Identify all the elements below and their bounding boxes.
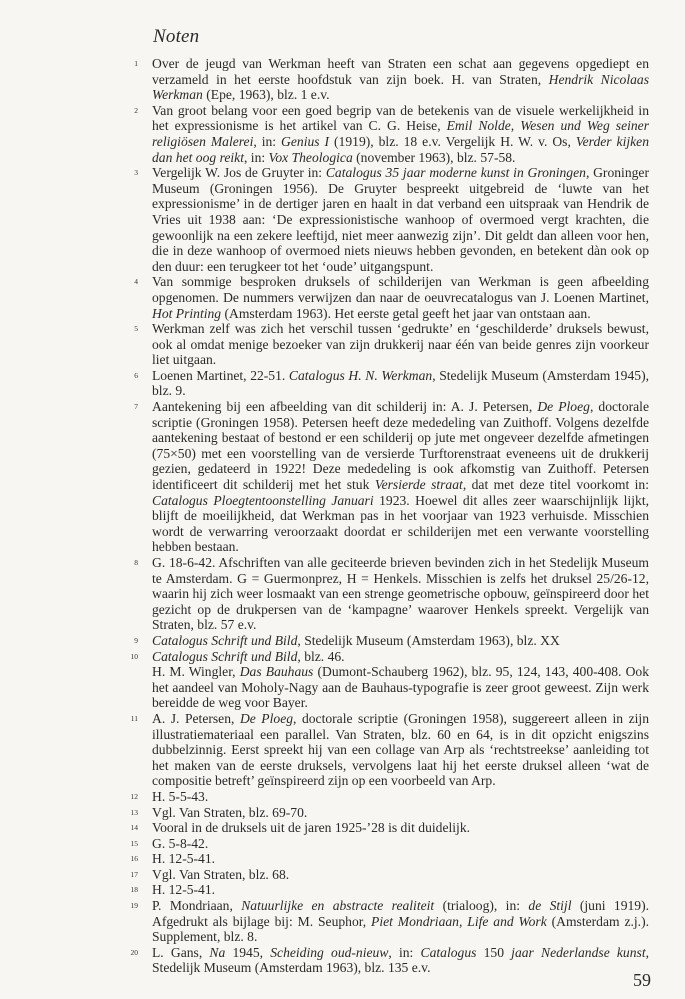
note-paragraph: Vooral in de druksels uit de jaren 1925-… [152, 820, 649, 836]
note-item: 19P. Mondriaan, Natuurlijke en abstracte… [116, 898, 649, 945]
note-paragraph: H. M. Wingler, Das Bauhaus (Dumont-Schau… [152, 664, 649, 711]
note-number: 15 [116, 836, 152, 852]
text-run: Aantekening bij een afbeelding van dit s… [152, 399, 537, 414]
note-item: 15G. 5-8-42. [116, 836, 649, 852]
italic-title: De Ploeg [240, 711, 293, 726]
note-text: H. 12-5-41. [152, 851, 649, 867]
note-item: 4Van sommige besproken druksels of schil… [116, 274, 649, 321]
text-run: Van sommige besproken druksels of schild… [152, 274, 649, 305]
note-number: 11 [116, 711, 152, 727]
note-text: Aantekening bij een afbeelding van dit s… [152, 399, 649, 555]
note-text: A. J. Petersen, De Ploeg, doctorale scri… [152, 711, 649, 789]
note-number: 14 [116, 820, 152, 836]
note-paragraph: A. J. Petersen, De Ploeg, doctorale scri… [152, 711, 649, 789]
italic-title: De Ploeg [537, 399, 590, 414]
text-run: 150 [476, 945, 511, 960]
text-run: , in: [253, 134, 281, 149]
note-paragraph: Van sommige besproken druksels of schild… [152, 274, 649, 321]
italic-title: Hot Printing [152, 306, 221, 321]
text-run: (Epe, 1963), blz. 1 e.v. [203, 87, 330, 102]
note-paragraph: Catalogus Schrift und Bild, blz. 46. [152, 649, 649, 665]
note-item: 6Loenen Martinet, 22-51. Catalogus H. N.… [116, 368, 649, 399]
italic-title: Na [209, 945, 225, 960]
italic-title: Scheiding oud-nieuw [270, 945, 388, 960]
text-run: H. 5-5-43. [152, 789, 208, 804]
note-item: 3Vergelijk W. Jos de Gruyter in: Catalog… [116, 165, 649, 274]
note-paragraph: Over de jeugd van Werkman heeft van Stra… [152, 56, 649, 103]
text-run: , in: [388, 945, 420, 960]
italic-title: Catalogus [421, 945, 477, 960]
text-run: Vgl. Van Straten, blz. 69-70. [152, 805, 307, 820]
note-text: Vgl. Van Straten, blz. 69-70. [152, 805, 649, 821]
note-number: 5 [116, 321, 152, 337]
note-number: 20 [116, 945, 152, 961]
note-text: Vergelijk W. Jos de Gruyter in: Catalogu… [152, 165, 649, 274]
note-paragraph: L. Gans, Na 1945, Scheiding oud-nieuw, i… [152, 945, 649, 976]
note-number: 2 [116, 103, 152, 119]
note-item: 20L. Gans, Na 1945, Scheiding oud-nieuw,… [116, 945, 649, 976]
note-paragraph: Catalogus Schrift und Bild, Stedelijk Mu… [152, 633, 649, 649]
text-run: Werkman zelf was zich het verschil tusse… [152, 321, 649, 367]
note-paragraph: Vgl. Van Straten, blz. 68. [152, 867, 649, 883]
text-run: H. 12-5-41. [152, 851, 215, 866]
note-number: 6 [116, 368, 152, 384]
note-item: 13Vgl. Van Straten, blz. 69-70. [116, 805, 649, 821]
text-run: A. J. Petersen, [152, 711, 240, 726]
note-text: Werkman zelf was zich het verschil tusse… [152, 321, 649, 368]
note-number: 8 [116, 555, 152, 571]
text-run: , blz. 46. [297, 649, 344, 664]
text-run: G. 5-8-42. [152, 836, 208, 851]
text-run: (1919), blz. 18 e.v. Vergelijk H. W. v. … [329, 134, 576, 149]
note-number: 18 [116, 882, 152, 898]
note-item: 16H. 12-5-41. [116, 851, 649, 867]
note-number: 17 [116, 867, 152, 883]
note-paragraph: H. 12-5-41. [152, 851, 649, 867]
note-number: 10 [116, 649, 152, 665]
italic-title: Catalogus H. N. Werkman [289, 368, 432, 383]
note-text: Catalogus Schrift und Bild, Stedelijk Mu… [152, 633, 649, 649]
note-text: Vgl. Van Straten, blz. 68. [152, 867, 649, 883]
note-item: 9Catalogus Schrift und Bild, Stedelijk M… [116, 633, 649, 649]
italic-title: Catalogus Schrift und Bild [152, 633, 297, 648]
note-paragraph: H. 12-5-41. [152, 882, 649, 898]
note-paragraph: P. Mondriaan, Natuurlijke en abstracte r… [152, 898, 649, 945]
note-number: 12 [116, 789, 152, 805]
note-text: Vooral in de druksels uit de jaren 1925-… [152, 820, 649, 836]
note-paragraph: Loenen Martinet, 22-51. Catalogus H. N. … [152, 368, 649, 399]
note-text: Loenen Martinet, 22-51. Catalogus H. N. … [152, 368, 649, 399]
note-text: G. 5-8-42. [152, 836, 649, 852]
note-paragraph: Van groot belang voor een goed begrip va… [152, 103, 649, 165]
text-run: L. Gans, [152, 945, 209, 960]
note-text: H. 5-5-43. [152, 789, 649, 805]
note-text: G. 18-6-42. Afschriften van alle gecitee… [152, 555, 649, 633]
page-title: Noten [153, 26, 199, 48]
note-item: 5Werkman zelf was zich het verschil tuss… [116, 321, 649, 368]
text-run: (Amsterdam 1963). Het eerste getal geeft… [221, 306, 591, 321]
note-item: 10Catalogus Schrift und Bild, blz. 46.H.… [116, 649, 649, 711]
note-text: L. Gans, Na 1945, Scheiding oud-nieuw, i… [152, 945, 649, 976]
text-run: , in: [244, 150, 269, 165]
page-number: 59 [633, 970, 651, 991]
note-paragraph: Werkman zelf was zich het verschil tusse… [152, 321, 649, 368]
text-run: Vgl. Van Straten, blz. 68. [152, 867, 289, 882]
text-run: , Stedelijk Museum (Amsterdam 1963), blz… [297, 633, 559, 648]
italic-title: Catalogus 35 jaar moderne kunst in Groni… [326, 165, 586, 180]
italic-title: Versierde straat [375, 477, 463, 492]
note-item: 1Over de jeugd van Werkman heeft van Str… [116, 56, 649, 103]
text-run: P. Mondriaan, [152, 898, 241, 913]
italic-title: jaar Nederlandse kunst [511, 945, 645, 960]
note-number: 7 [116, 399, 152, 415]
note-item: 11A. J. Petersen, De Ploeg, doctorale sc… [116, 711, 649, 789]
note-number: 19 [116, 898, 152, 914]
note-number: 9 [116, 633, 152, 649]
text-run: H. 12-5-41. [152, 882, 215, 897]
text-run: Loenen Martinet, 22-51. [152, 368, 289, 383]
text-run: , dat met deze titel voorkomt in: [463, 477, 649, 492]
text-run: G. 18-6-42. Afschriften van alle gecitee… [152, 555, 649, 632]
italic-title: Das Bauhaus [240, 664, 314, 679]
note-text: Van sommige besproken druksels of schild… [152, 274, 649, 321]
note-text: Catalogus Schrift und Bild, blz. 46.H. M… [152, 649, 649, 711]
italic-title: Catalogus Ploegtentoonstelling Januari [152, 493, 374, 508]
note-item: 7Aantekening bij een afbeelding van dit … [116, 399, 649, 555]
note-item: 8G. 18-6-42. Afschriften van alle gecite… [116, 555, 649, 633]
text-run: , Groninger Museum (Groningen 1956). De … [152, 165, 649, 274]
text-run: (trialoog), in: [434, 898, 528, 913]
note-paragraph: G. 18-6-42. Afschriften van alle gecitee… [152, 555, 649, 633]
note-text: Over de jeugd van Werkman heeft van Stra… [152, 56, 649, 103]
notes-list: 1Over de jeugd van Werkman heeft van Str… [116, 56, 649, 976]
note-item: 2Van groot belang voor een goed begrip v… [116, 103, 649, 165]
italic-title: Vox Theologica [269, 150, 353, 165]
note-paragraph: G. 5-8-42. [152, 836, 649, 852]
note-text: H. 12-5-41. [152, 882, 649, 898]
note-paragraph: Vergelijk W. Jos de Gruyter in: Catalogu… [152, 165, 649, 274]
italic-title: Genius I [281, 134, 329, 149]
note-text: Van groot belang voor een goed begrip va… [152, 103, 649, 165]
note-paragraph: Vgl. Van Straten, blz. 69-70. [152, 805, 649, 821]
note-number: 1 [116, 56, 152, 72]
note-item: 18H. 12-5-41. [116, 882, 649, 898]
text-run: (november 1963), blz. 57-58. [353, 150, 516, 165]
note-item: 17Vgl. Van Straten, blz. 68. [116, 867, 649, 883]
text-run: H. M. Wingler, [152, 664, 240, 679]
note-number: 16 [116, 851, 152, 867]
italic-title: de Stijl [528, 898, 571, 913]
note-text: P. Mondriaan, Natuurlijke en abstracte r… [152, 898, 649, 945]
text-run: Vooral in de druksels uit de jaren 1925-… [152, 820, 470, 835]
note-number: 13 [116, 805, 152, 821]
note-number: 3 [116, 165, 152, 181]
italic-title: Piet Mondriaan, Life and Work [371, 914, 547, 929]
note-number: 4 [116, 274, 152, 290]
italic-title: Catalogus Schrift und Bild [152, 649, 297, 664]
text-run: Vergelijk W. Jos de Gruyter in: [152, 165, 326, 180]
text-run: 1945, [225, 945, 270, 960]
note-paragraph: H. 5-5-43. [152, 789, 649, 805]
note-paragraph: Aantekening bij een afbeelding van dit s… [152, 399, 649, 555]
note-item: 14Vooral in de druksels uit de jaren 192… [116, 820, 649, 836]
note-item: 12H. 5-5-43. [116, 789, 649, 805]
italic-title: Natuurlijke en abstracte realiteit [241, 898, 434, 913]
